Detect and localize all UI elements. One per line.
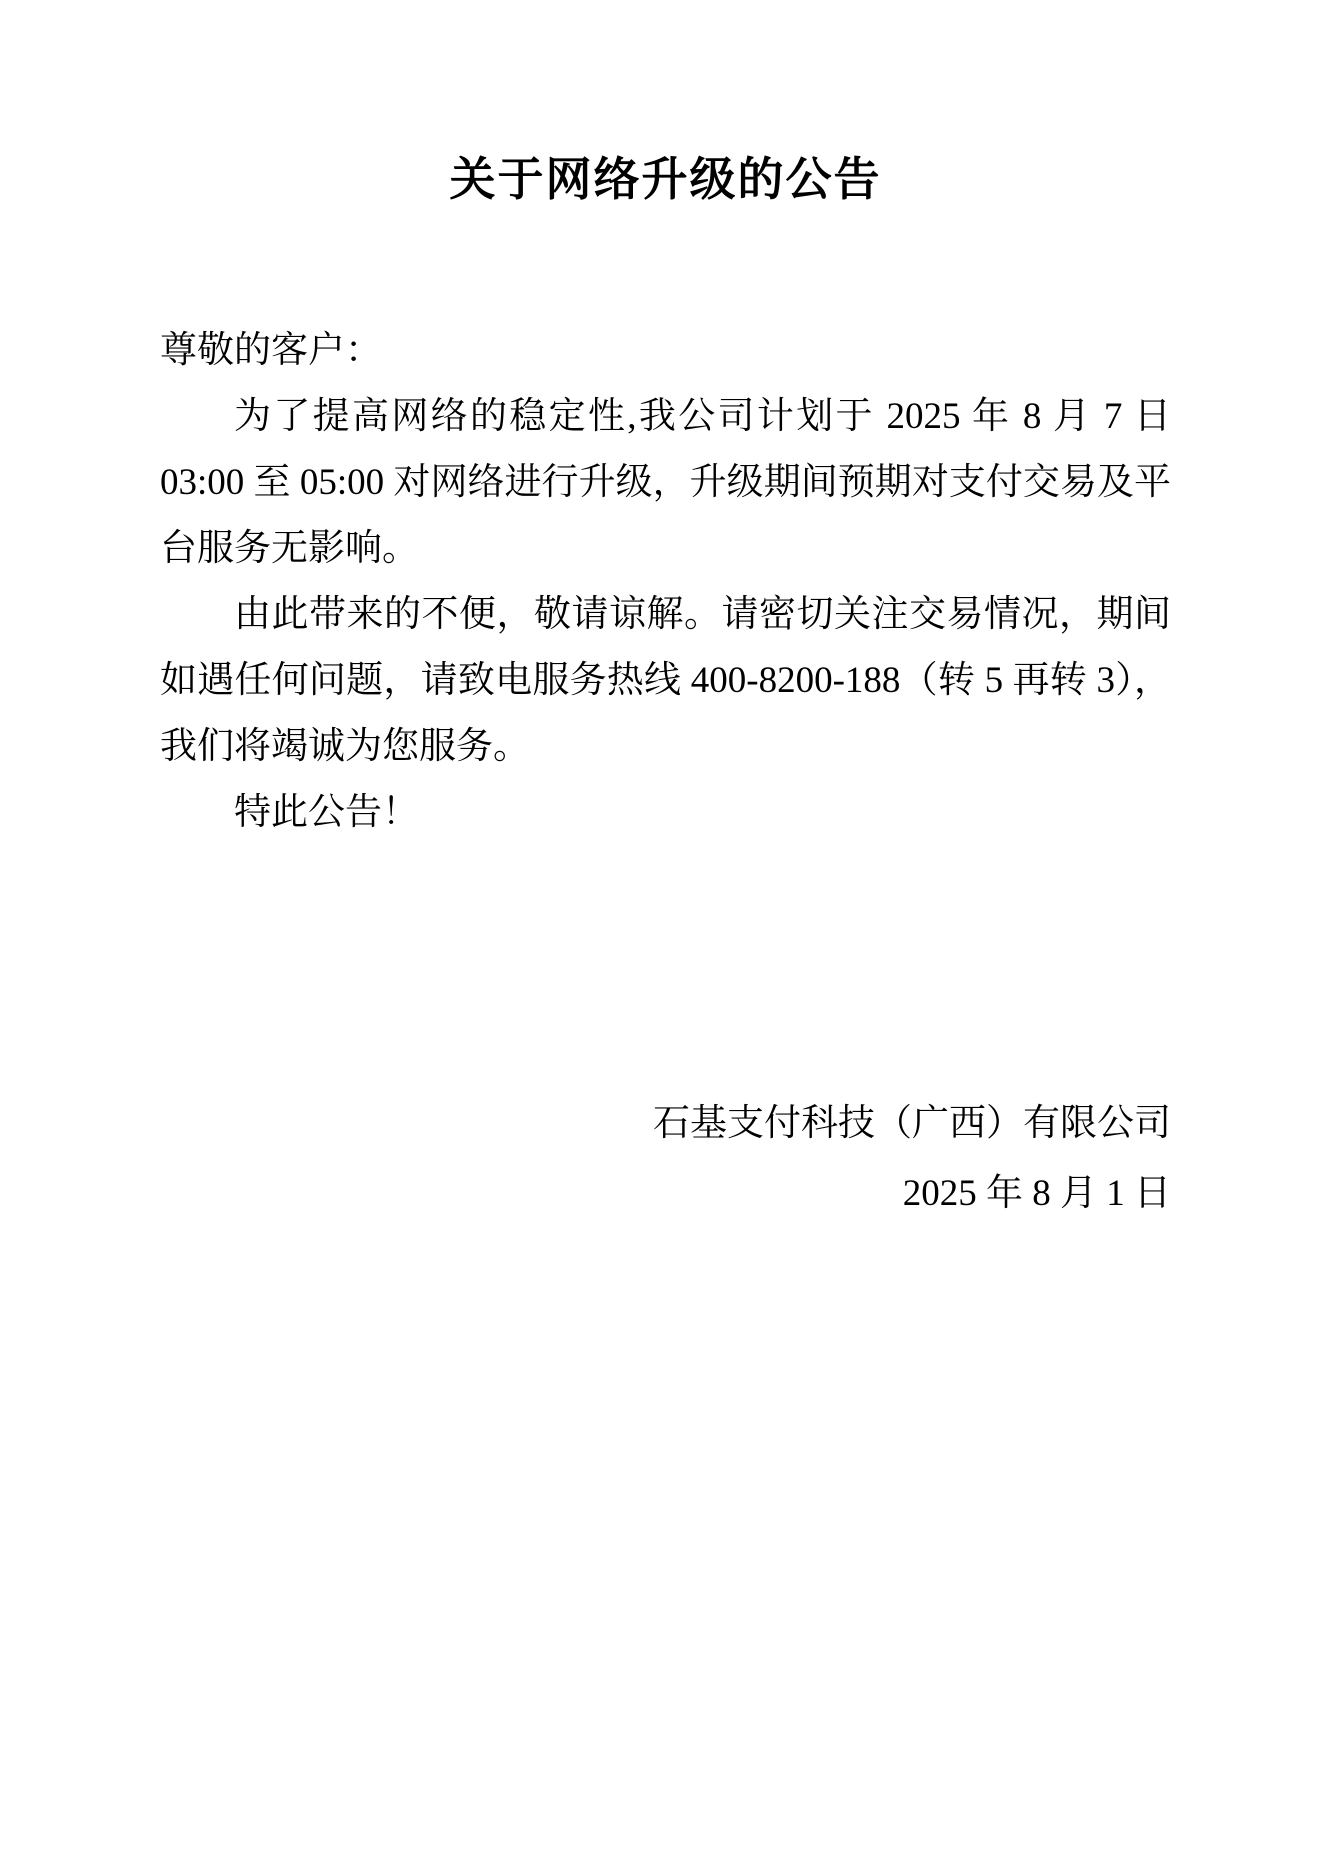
- closing-statement: 特此公告！: [160, 780, 1171, 846]
- paragraph-apology-hotline: 由此带来的不便，敬请谅解。请密切关注交易情况，期间如遇任何问题，请致电服务热线 …: [160, 582, 1171, 780]
- paragraph-upgrade-schedule: 为了提高网络的稳定性,我公司计划于 2025 年 8 月 7 日 03:00 至…: [160, 384, 1171, 582]
- announcement-page: 关于网络升级的公告 尊敬的客户： 为了提高网络的稳定性,我公司计划于 2025 …: [0, 0, 1323, 1871]
- signature-block: 石基支付科技（广西）有限公司 2025 年 8 月 1 日: [160, 1091, 1171, 1227]
- signature-date: 2025 年 8 月 1 日: [160, 1161, 1171, 1227]
- page-title: 关于网络升级的公告: [160, 155, 1171, 206]
- salutation: 尊敬的客户：: [160, 318, 1171, 384]
- company-signature: 石基支付科技（广西）有限公司: [160, 1091, 1171, 1157]
- document-body: 尊敬的客户： 为了提高网络的稳定性,我公司计划于 2025 年 8 月 7 日 …: [160, 318, 1171, 1227]
